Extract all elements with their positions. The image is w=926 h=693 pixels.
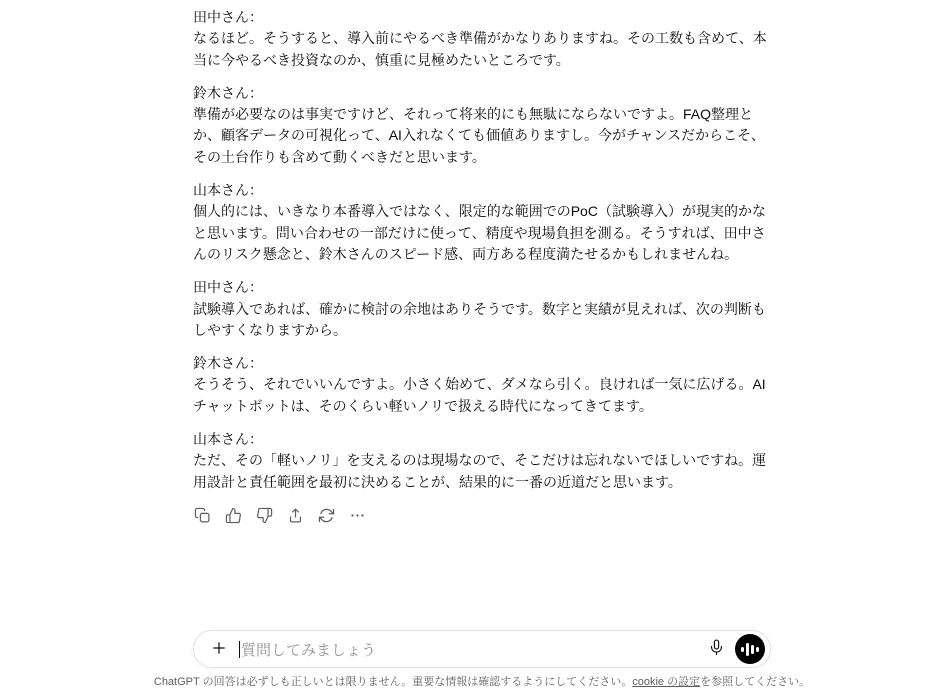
message-input[interactable]: 質問してみましょう [239, 639, 701, 660]
dictate-button[interactable] [701, 634, 731, 664]
dialogue-block: 鈴木さん： そうそう、それでいいんですよ。小さく始めて、ダメなら引く。良ければ一… [193, 353, 771, 417]
more-icon [349, 507, 366, 527]
voice-mode-button[interactable] [735, 634, 765, 664]
voice-mode-icon [741, 643, 759, 656]
speaker-name: 鈴木さん： [193, 83, 771, 104]
microphone-icon [708, 639, 725, 659]
dialogue-block: 山本さん： 個人的には、いきなり本番導入ではなく、限定的な範囲でのPoC（試験導… [193, 180, 771, 265]
text-caret [239, 641, 240, 658]
dialogue-text: そうそう、それでいいんですよ。小さく始めて、ダメなら引く。良ければ一気に広げる。… [193, 374, 771, 417]
share-icon [287, 507, 304, 527]
dialogue-block: 田中さん： なるほど。そうすると、導入前にやるべき準備がかなりありますね。その工… [193, 7, 771, 71]
plus-icon [210, 639, 228, 660]
regenerate-icon [318, 507, 335, 527]
thumbs-up-icon [225, 507, 242, 527]
dialogue-block: 田中さん： 試験導入であれば、確かに検討の余地はありそうです。数字と実績が見えれ… [193, 277, 771, 341]
speaker-name: 山本さん： [193, 180, 771, 201]
dialogue-text: ただ、その「軽いノリ」を支えるのは現場なので、そこだけは忘れないでほしいですね。… [193, 450, 771, 493]
regenerate-button[interactable] [314, 505, 338, 529]
speaker-name: 田中さん： [193, 277, 771, 298]
copy-button[interactable] [190, 505, 214, 529]
dialogue-text: 個人的には、いきなり本番導入ではなく、限定的な範囲でのPoC（試験導入）が現実的… [193, 201, 771, 265]
attach-button[interactable] [206, 636, 232, 662]
disclaimer-text: ChatGPT の回答は必ずしも正しいとは限りません。重要な情報は確認するように… [154, 676, 632, 688]
thumbs-down-button[interactable] [252, 505, 276, 529]
speaker-name: 田中さん： [193, 7, 771, 28]
dialogue-block: 山本さん： ただ、その「軽いノリ」を支えるのは現場なので、そこだけは忘れないでほ… [193, 429, 771, 493]
disclaimer-footer: ChatGPT の回答は必ずしも正しいとは限りません。重要な情報は確認するように… [153, 675, 811, 689]
disclaimer-text-end: を参照してください。 [700, 676, 810, 688]
speaker-name: 鈴木さん： [193, 353, 771, 374]
thumbs-up-button[interactable] [221, 505, 245, 529]
message-composer: 質問してみましょう [193, 630, 771, 668]
copy-icon [194, 507, 211, 527]
thumbs-down-icon [256, 507, 273, 527]
message-action-toolbar [190, 505, 771, 529]
dialogue-block: 鈴木さん： 準備が必要なのは事実ですけど、それって将来的にも無駄にならないですよ… [193, 83, 771, 168]
more-options-button[interactable] [345, 505, 369, 529]
cookie-settings-link[interactable]: cookie の設定 [632, 676, 700, 688]
share-button[interactable] [283, 505, 307, 529]
dialogue-text: なるほど。そうすると、導入前にやるべき準備がかなりありますね。その工数も含めて、… [193, 28, 771, 71]
dialogue-text: 準備が必要なのは事実ですけど、それって将来的にも無駄にならないですよ。FAQ整理… [193, 104, 771, 168]
dialogue-text: 試験導入であれば、確かに検討の余地はありそうです。数字と実績が見えれば、次の判断… [193, 299, 771, 342]
input-placeholder: 質問してみましょう [241, 639, 376, 660]
speaker-name: 山本さん： [193, 429, 771, 450]
assistant-message: 田中さん： なるほど。そうすると、導入前にやるべき準備がかなりありますね。その工… [193, 7, 771, 529]
